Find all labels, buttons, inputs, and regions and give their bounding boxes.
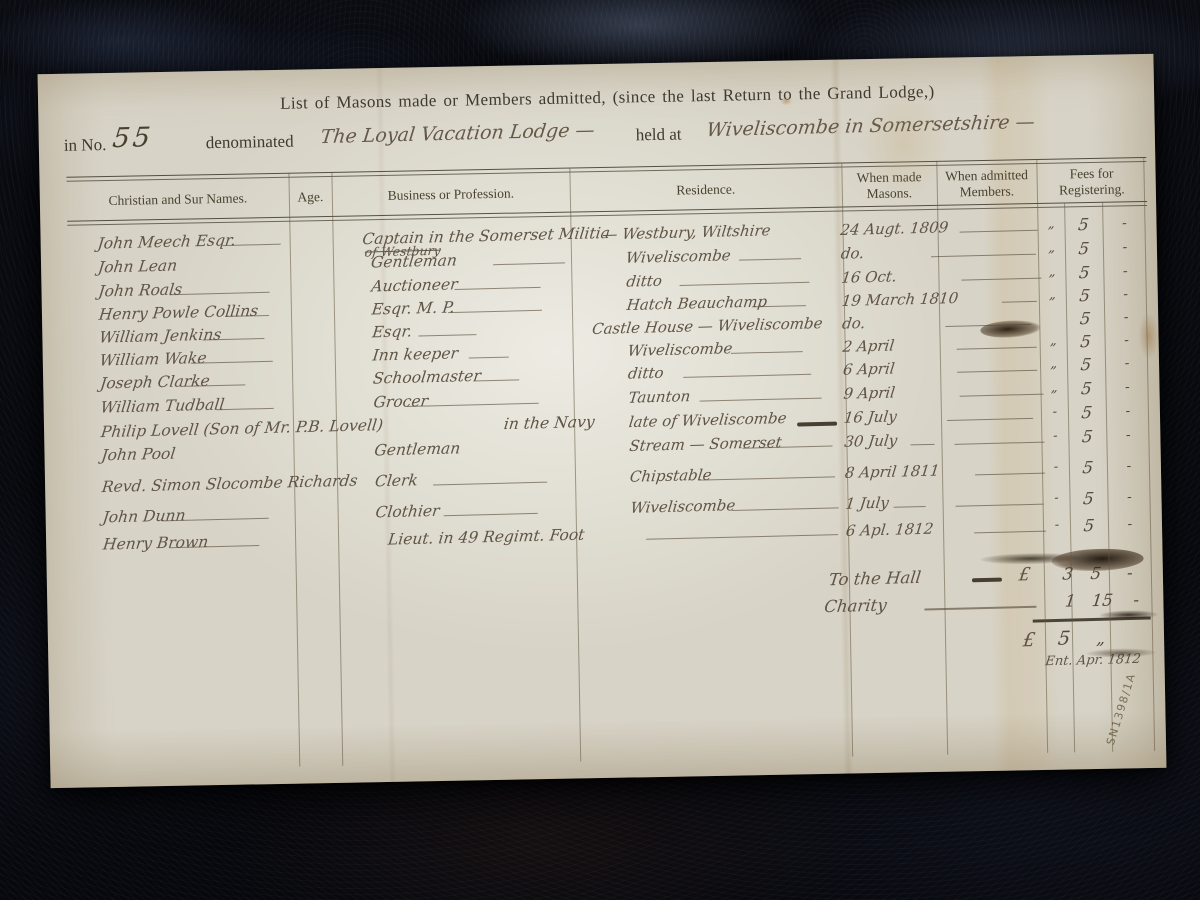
row-fee-pence: -: [1104, 263, 1146, 280]
summary-hall-pounds: 3: [1054, 564, 1082, 584]
row-fee-pence: -: [1104, 239, 1146, 256]
ink-dash: [947, 418, 1033, 421]
row-name: Henry Powle Collins: [98, 302, 259, 324]
row-fee-pence: -: [1105, 309, 1147, 326]
row-fee-pence: -: [1109, 516, 1151, 533]
held-at-label: held at: [636, 124, 682, 145]
col-header-when-admitted: When admitted Members.: [936, 164, 1037, 204]
ink-dash: [444, 513, 538, 517]
row-name: William Jenkins: [98, 326, 222, 347]
row-profession: Auctioneer: [370, 275, 458, 295]
column-rule: [1143, 157, 1155, 751]
ink-dash: [217, 408, 274, 411]
row-fee-pounds: -: [1043, 459, 1069, 475]
ink-dash: [473, 379, 519, 382]
archive-reference: SN1398/1A: [1104, 671, 1138, 746]
row-when-made: 9 April: [842, 383, 896, 402]
row-name: John Lean: [97, 256, 178, 276]
ink-dash: [931, 254, 1036, 258]
row-fee-pence: -: [1107, 403, 1149, 420]
row-when-made: 2 April: [842, 336, 896, 355]
ink-dash: [700, 398, 822, 402]
row-residence: ditto: [625, 272, 663, 291]
row-residence: Stream — Somerset: [628, 433, 782, 455]
column-rule: [569, 168, 581, 762]
row-residence: Wiveliscombe: [625, 246, 732, 267]
row-fee-pence: -: [1107, 379, 1149, 396]
summary-label-charity: Charity: [823, 596, 887, 617]
row-when-made: 6 Apl. 1812: [845, 520, 934, 540]
entered-note: Ent. Apr. 1812: [1045, 652, 1142, 669]
return-form-paper: List of Masons made or Members admitted,…: [38, 54, 1167, 788]
lodge-name: The Loyal Vacation Lodge —: [319, 119, 596, 148]
summary-label-hall: To the Hall: [828, 568, 922, 589]
row-residence: — Westbury, Wiltshire: [601, 221, 771, 243]
row-name: William Tudball: [100, 395, 226, 416]
in-no-label: in No.: [64, 135, 107, 156]
document-title: List of Masons made or Members admitted,…: [280, 82, 935, 114]
column-rule: [288, 173, 300, 767]
ink-dash: [945, 324, 1031, 327]
col-header-when-made: When made Masons.: [841, 166, 937, 206]
row-profession: in the Navy: [503, 413, 596, 433]
row-when-made: 8 April 1811: [844, 461, 941, 481]
total-currency: £: [1022, 629, 1037, 651]
ink-dash: [956, 504, 1044, 508]
row-fee-shillings: 5: [1067, 309, 1103, 329]
row-when-made: 24 Augt. 1809: [839, 218, 949, 239]
row-residence: late of Wiveliscombe: [628, 409, 788, 431]
row-residence: Wiveliscombe: [627, 339, 734, 360]
row-name: John Roals: [97, 280, 183, 300]
row-name: Philip Lovell (Son of Mr. P.B. Lovell): [100, 416, 384, 441]
ink-dash: [957, 370, 1037, 373]
row-name: John Meech Esqr.: [97, 231, 237, 253]
ink-dash: [170, 292, 270, 296]
row-fee-pence: -: [1108, 458, 1150, 475]
row-fee-shillings: 5: [1066, 263, 1102, 283]
summary-charity-shillings: 15: [1084, 590, 1120, 610]
row-profession: Clothier: [375, 502, 441, 522]
row-fee-shillings: 5: [1065, 215, 1101, 235]
summary-charity-pence: -: [1120, 590, 1152, 610]
column-rule: [1102, 202, 1113, 752]
row-when-made: 1 July: [844, 494, 889, 513]
ink-dash: [954, 442, 1044, 446]
row-residence: Chipstable: [629, 466, 713, 486]
row-fee-pence: -: [1105, 286, 1147, 303]
row-when-made: do.: [840, 244, 865, 263]
row-fee-pounds: -: [1044, 517, 1070, 533]
row-fee-pence: -: [1104, 215, 1146, 232]
row-profession: Schoolmaster: [372, 367, 482, 388]
ink-dash: [469, 357, 509, 359]
ink-dash: [455, 287, 541, 290]
row-name: Henry Brown: [102, 533, 209, 554]
row-profession: Esqr.: [371, 322, 413, 341]
row-fee-pounds: -: [1042, 428, 1068, 444]
ink-dash: [739, 258, 801, 261]
ink-dash: [646, 534, 838, 540]
col-header-profession: Business or Profession.: [332, 177, 571, 213]
row-fee-pounds: -: [1042, 404, 1068, 420]
row-fee-pence: -: [1106, 332, 1148, 349]
ink-dash: [223, 244, 281, 247]
lodge-number: 55: [111, 122, 155, 154]
row-profession: Grocer: [373, 392, 430, 411]
ink-dash: [924, 606, 1036, 611]
row-fee-pounds: „: [1039, 240, 1065, 256]
col-header-fees: Fees for Registering.: [1036, 162, 1147, 202]
row-when-made: 30 July: [843, 431, 898, 450]
row-fee-shillings: 5: [1066, 239, 1102, 259]
ink-dash: [752, 305, 806, 308]
row-fee-shillings: 5: [1068, 355, 1104, 375]
row-profession: Clerk: [374, 471, 419, 490]
row-name: John Pool: [100, 445, 176, 465]
ink-dash: [975, 473, 1045, 476]
ink-dash: [910, 444, 934, 446]
ink-dash: [957, 347, 1037, 350]
row-name: William Wake: [99, 349, 208, 370]
ink-dash: [698, 476, 835, 481]
row-fee-pence: -: [1107, 427, 1149, 444]
ink-dash: [202, 338, 264, 341]
row-fee-pounds: -: [1044, 490, 1070, 506]
ink-dash: [961, 278, 1041, 281]
row-profession: Esqr. M. P.: [371, 298, 456, 318]
total-pounds: 5: [1049, 627, 1080, 650]
ink-dash: [732, 507, 839, 511]
col-header-age: Age.: [289, 181, 333, 214]
ink-dash: [493, 262, 565, 265]
denominated-label: denominated: [206, 132, 294, 154]
row-when-made: 16 Oct.: [840, 267, 897, 286]
row-fee-pence: -: [1106, 355, 1148, 372]
row-profession: Inn keeper: [372, 344, 459, 364]
row-fee-shillings: 5: [1069, 427, 1105, 447]
ink-dash: [680, 282, 810, 287]
row-profession: Lieut. in 49 Regimt. Foot: [387, 526, 586, 549]
ink-dash: [448, 310, 542, 314]
row-fee-shillings: 5: [1068, 379, 1104, 399]
row-residence: Wiveliscombe: [630, 496, 737, 517]
row-fee-pounds: „: [1041, 356, 1067, 372]
photo-scene: List of Masons made or Members admitted,…: [0, 0, 1200, 900]
row-when-made: do.: [841, 314, 866, 333]
row-residence: Taunton: [628, 387, 692, 407]
column-rule: [331, 172, 343, 766]
total-rule: [1033, 616, 1151, 622]
ink-dash: [683, 374, 811, 379]
ink-dash: [418, 334, 476, 337]
currency-sign: £: [1018, 564, 1032, 585]
ink-stain: [980, 319, 1041, 339]
ink-dash: [960, 230, 1038, 233]
summary-hall-shillings: 5: [1080, 564, 1112, 584]
lodge-location: Wiveliscombe in Somersetshire —: [705, 111, 1036, 141]
row-fee-shillings: 5: [1071, 516, 1107, 536]
row-fee-shillings: 5: [1070, 458, 1106, 478]
summary-hall-pence: -: [1114, 563, 1146, 583]
row-fee-shillings: 5: [1068, 332, 1104, 352]
row-fee-shillings: 5: [1070, 489, 1106, 509]
row-residence: ditto: [627, 364, 665, 383]
row-fee-shillings: 5: [1069, 403, 1105, 423]
row-fee-shillings: 5: [1067, 286, 1103, 306]
row-profession: Gentleman: [373, 439, 461, 459]
ink-dash: [894, 506, 926, 508]
row-fee-pounds: „: [1039, 216, 1065, 232]
ink-dash: [433, 482, 547, 486]
row-fee-pounds: „: [1040, 287, 1066, 303]
row-fee-pounds: „: [1041, 333, 1067, 349]
row-when-made: 16 July: [843, 407, 898, 426]
ink-dash: [960, 394, 1044, 397]
col-header-residence: Residence.: [570, 172, 843, 209]
row-when-made: 6 April: [842, 359, 896, 378]
ink-dash: [181, 384, 245, 387]
row-residence: Hatch Beauchamp: [626, 292, 768, 314]
row-fee-pence: -: [1109, 489, 1151, 506]
row-residence: Castle House — Wiveliscombe: [591, 314, 823, 338]
ink-dash: [974, 531, 1046, 534]
row-name: Revd. Simon Slocombe Richards: [101, 472, 359, 497]
col-header-names: Christian and Sur Names.: [67, 182, 290, 218]
row-fee-pounds: „: [1042, 380, 1068, 396]
ink-dash: [972, 578, 1002, 582]
table-rows: [38, 54, 1154, 74]
row-when-made: 19 March 1810: [841, 289, 959, 310]
row-name: John Dunn: [102, 506, 187, 526]
ink-dash: [797, 422, 837, 426]
row-name: Joseph Clarke: [99, 372, 211, 393]
ink-dash: [1002, 301, 1037, 303]
row-profession: Gentleman: [370, 251, 458, 271]
ink-dash: [731, 351, 803, 354]
row-fee-pounds: „: [1039, 264, 1065, 280]
column-rule: [936, 161, 948, 755]
